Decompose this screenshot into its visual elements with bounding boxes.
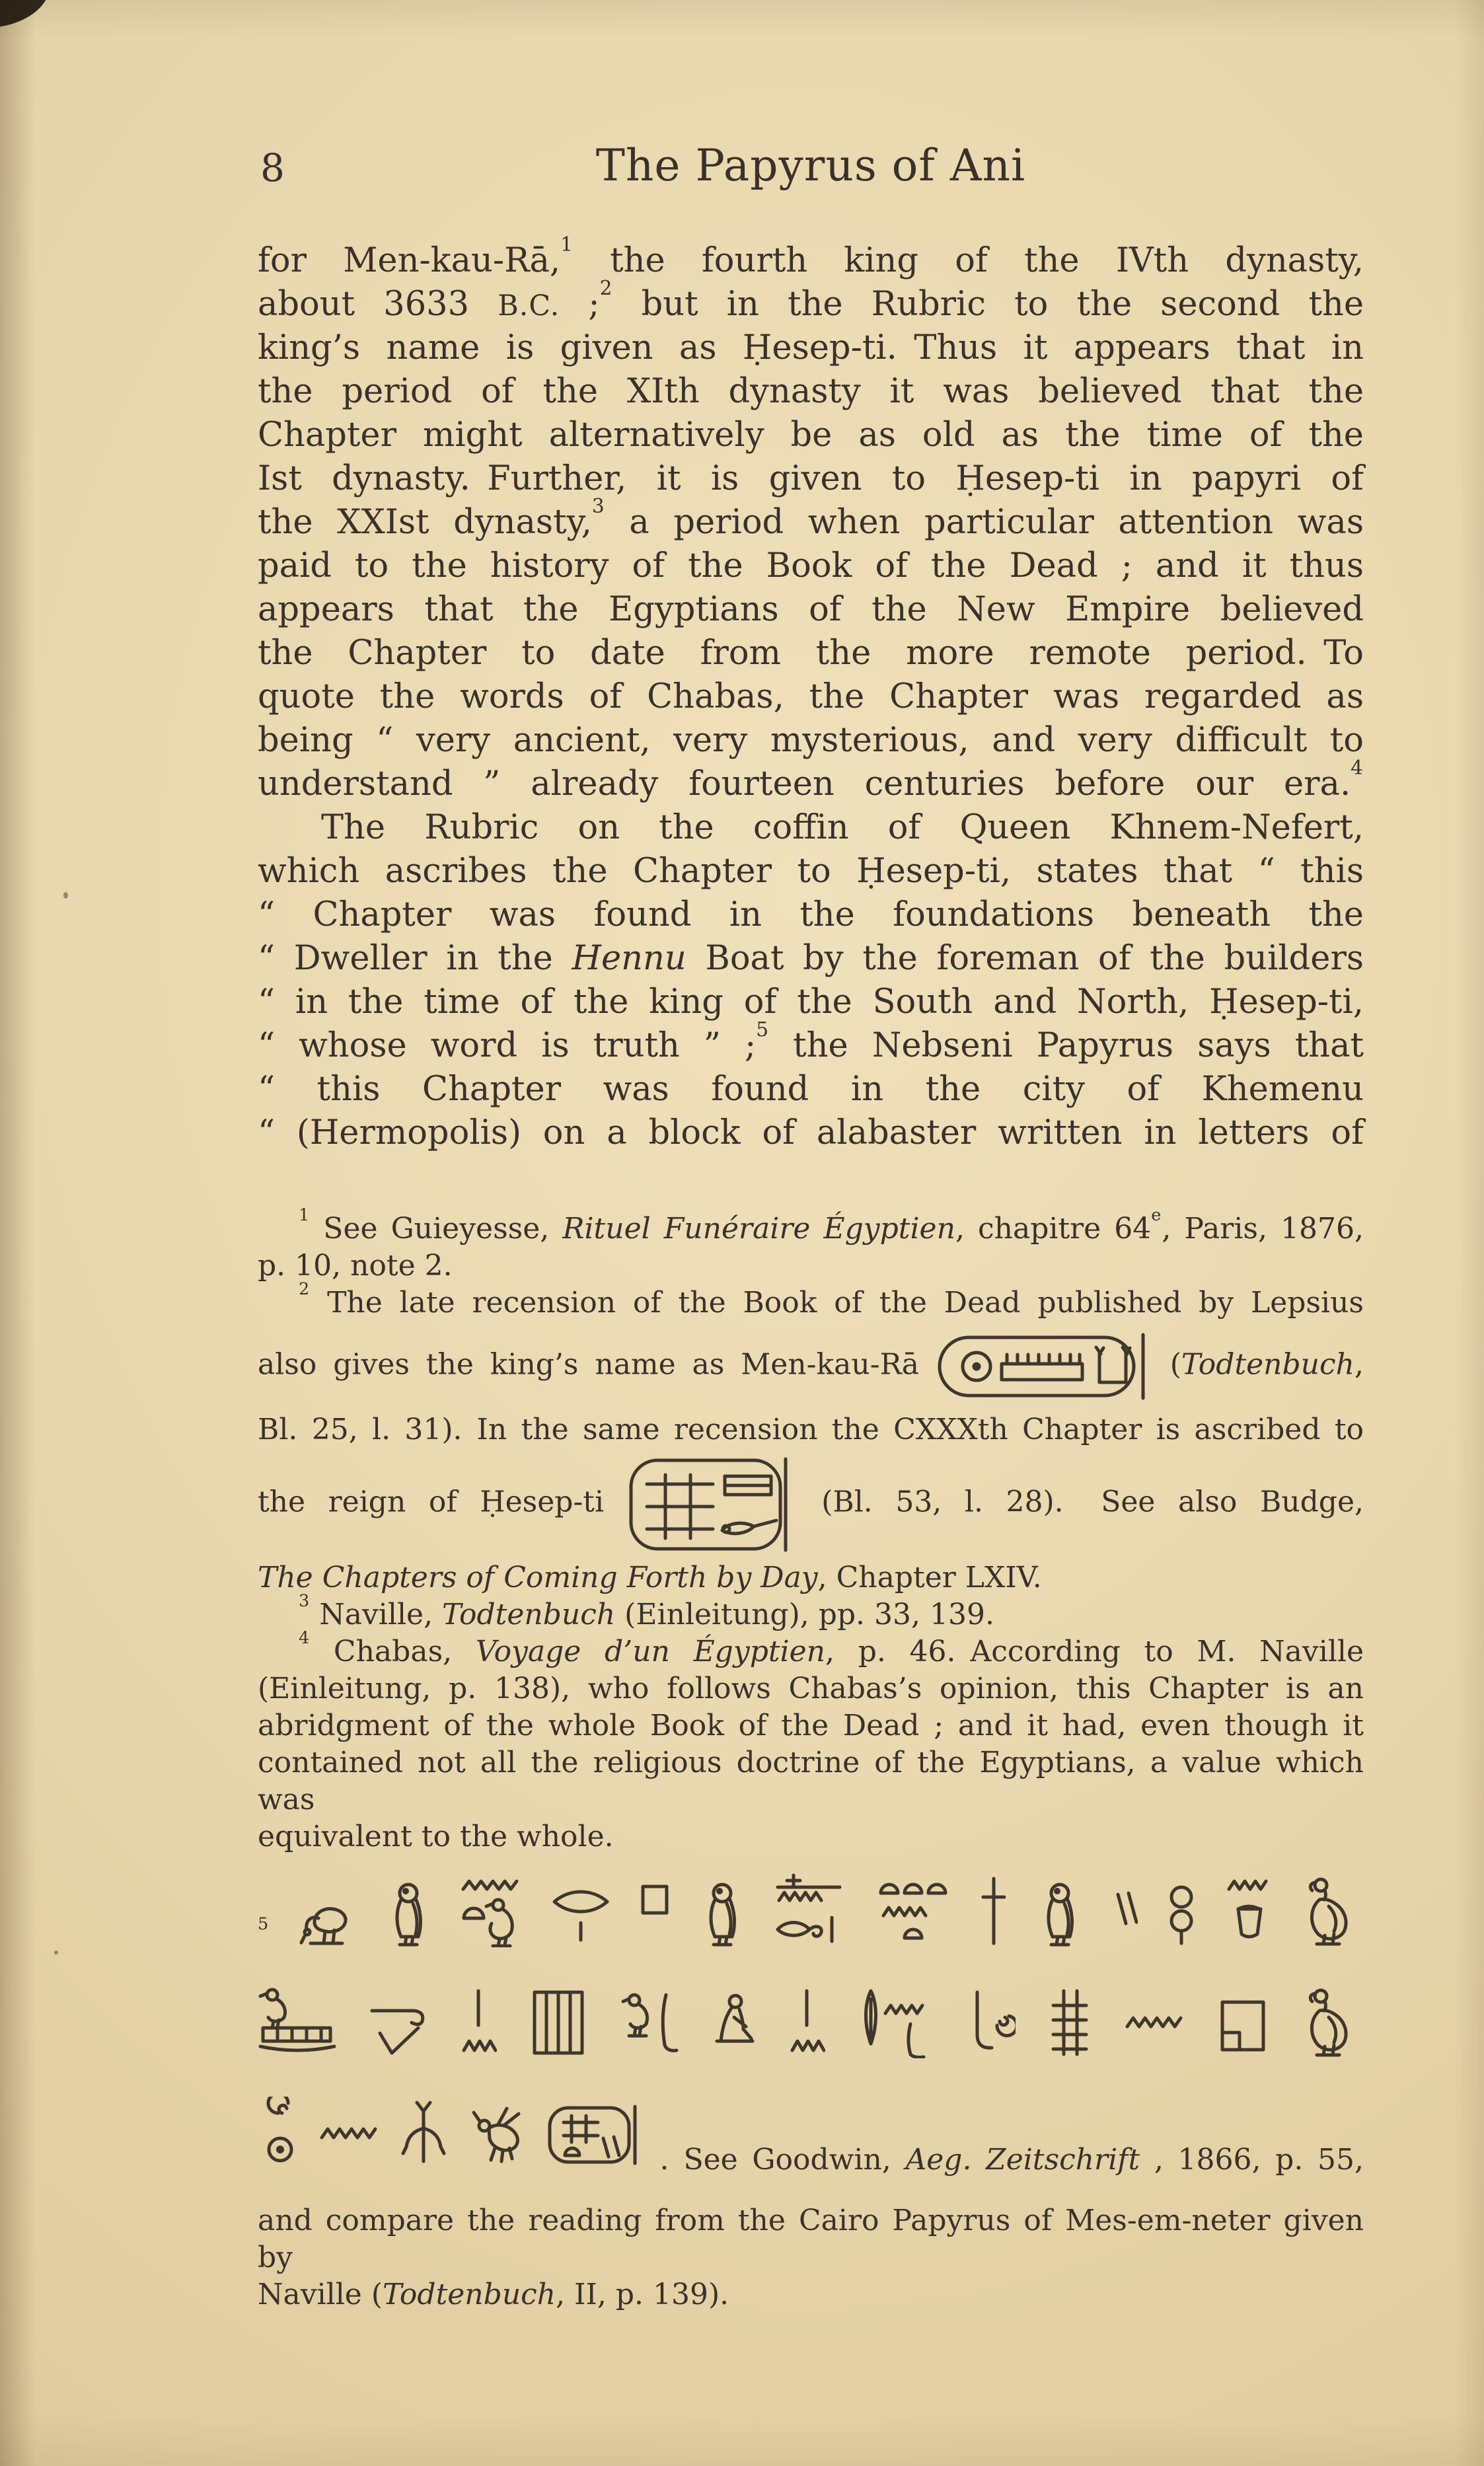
body-line: “ in the time of the king of the South a… [258, 981, 1364, 1024]
text-span: the reign of Ḥesep-ti [258, 1485, 627, 1519]
owl-icon [1037, 1881, 1083, 1947]
loop8-icon [1166, 1881, 1197, 1947]
bee-icon [468, 2098, 532, 2169]
body-text: for Men-kau-Rā,1 the fourth king of the … [258, 239, 1364, 1155]
paper-speck [54, 1951, 58, 1955]
reed-water-leg-icon [856, 1987, 930, 2058]
hieroglyph-row: . See Goodwin, Aeg. Zeitschrift , 1866, … [258, 2097, 1364, 2202]
body-line: the period of the XIth dynasty it was be… [258, 370, 1364, 414]
text-span: also gives the king’s name as Men-kau-Rā [258, 1348, 936, 1382]
square-icon [639, 1883, 671, 1917]
page-content: 8 The Papyrus of Ani for Men-kau-Rā,1 th… [258, 140, 1364, 2313]
footnote-marker: 4 [299, 1628, 309, 1648]
stroke-water-icon [460, 1987, 497, 2058]
text-span: “ (Hermopolis) on a block of alabaster w… [258, 1113, 1364, 1152]
text-span: quote the words of Chabas, the Chapter w… [258, 677, 1364, 716]
footnote-marker: e [1151, 1205, 1161, 1225]
body-line: about 3633 B.C. ;2 but in the Rubric to … [258, 283, 1364, 326]
body-line: which ascribes the Chapter to Ḥesep-ti, … [258, 850, 1364, 893]
hieroglyph-row: 5 [258, 1871, 1364, 1980]
footnote-line: also gives the king’s name as Men-kau-Rā… [258, 1322, 1364, 1411]
footnote-line: 3 Naville, Todtenbuch (Einleitung), pp. … [258, 1596, 1364, 1633]
water-pot-icon [1225, 1876, 1273, 1947]
pole-cross-icon [979, 1875, 1008, 1947]
text-span: , II, p. 139). [556, 2278, 729, 2311]
footnote-3: 3 Naville, Todtenbuch (Einleitung), pp. … [258, 1596, 1364, 1633]
body-line: the XXIst dynasty,3 a period when partic… [258, 501, 1364, 544]
vulture-icon [1301, 1986, 1364, 2058]
text-span: but in the Rubric to the second the [612, 285, 1364, 324]
paragraph-2: The Rubric on the coffin of Queen Khnem-… [258, 806, 1364, 1155]
page-header: 8 The Papyrus of Ani [258, 140, 1364, 192]
water-icon [1124, 2013, 1185, 2031]
ladder-icon [1047, 1987, 1093, 2058]
ibis-icon [297, 1881, 357, 1947]
plant-arms-icon [393, 2098, 454, 2169]
footnote-line: and compare the reading from the Cairo P… [258, 2202, 1364, 2276]
body-line: the Chapter to date from the more remote… [258, 632, 1364, 675]
water-icon [318, 2124, 379, 2142]
text-span: The Chapters of Coming Forth by Day [258, 1561, 818, 1594]
body-line: “ this Chapter was found in the city of … [258, 1068, 1364, 1111]
body-line: Chapter might alternatively be as old as… [258, 414, 1364, 457]
footnote-marker: 3 [592, 495, 605, 517]
body-line: paid to the history of the Book of the D… [258, 544, 1364, 588]
text-span: Hennu [572, 939, 686, 978]
paper-speck [63, 892, 68, 899]
page-corner-shadow [0, 0, 50, 28]
text-span: paid to the history of the Book of the D… [258, 546, 1364, 585]
footnote-line: the reign of Ḥesep-ti (Bl. 53, l. 28). S… [258, 1448, 1364, 1559]
footnotes: 1 See Guieyesse, Rituel Funéraire Égypti… [258, 1211, 1364, 1855]
text-span: Boat by the foreman of the builders [686, 939, 1364, 978]
text-span: the XXIst dynasty, [258, 503, 592, 542]
text-span: , p. 46. According to M. Naville [825, 1635, 1364, 1668]
footnote-line: abridgment of the whole Book of the Dead… [258, 1707, 1364, 1744]
text-span: Chapter might alternatively be as old as… [258, 416, 1364, 455]
text-span: Naville, [310, 1598, 442, 1631]
page-number: 8 [260, 145, 285, 190]
text-span: Aeg. Zeitschrift [905, 2143, 1140, 2177]
text-span: , [1354, 1348, 1364, 1382]
text-span: the Chapter to date from the more remote… [258, 634, 1364, 673]
footnote-line: 4 Chabas, Voyage d’un Égyptien, p. 46. A… [258, 1633, 1364, 1670]
mast-water-fish-icon [774, 1871, 850, 1947]
footnote-marker: 5 [258, 1914, 268, 1934]
text-span: “ Chapter was found in the foundations b… [258, 895, 1364, 934]
footnote-marker: 4 [1351, 757, 1363, 779]
footnote-line: (Einleitung, p. 138), who follows Chabas… [258, 1670, 1364, 1707]
footnote-marker: 2 [600, 277, 612, 299]
text-span: “ in the time of the king of the South a… [258, 983, 1364, 1022]
body-line: being “ very ancient, very mysterious, a… [258, 719, 1364, 763]
text-span: abridgment of the whole Book of the Dead… [258, 1709, 1364, 1742]
footnote-line: contained not all the religious doctrine… [258, 1744, 1364, 1818]
text-span: , Chapter LXIV. [818, 1561, 1042, 1594]
text-span: the fourth king of the IVth dynasty, [574, 241, 1364, 280]
text-span: “ this Chapter was found in the city of … [258, 1070, 1364, 1109]
arm-check-icon [368, 1992, 429, 2058]
text-span: “ whose word is truth ” ; [258, 1026, 756, 1065]
text-span: The Rubric on the coffin of Queen Khnem-… [321, 808, 1364, 847]
book-page: 8 The Papyrus of Ani for Men-kau-Rā,1 th… [0, 0, 1484, 2466]
body-line: “ Dweller in the Hennu Boat by the forem… [258, 937, 1364, 981]
footnote-line: Bl. 25, l. 31). In the same recension th… [258, 1411, 1364, 1448]
text-span: contained not all the religious doctrine… [258, 1746, 1364, 1816]
square-notch-icon [1216, 1996, 1270, 2058]
seated-man-icon [712, 1992, 758, 2058]
bird-leg-icon [620, 1987, 681, 2058]
body-line: “ whose word is truth ” ;5 the Nebseni P… [258, 1024, 1364, 1068]
footnote-marker: 1 [560, 233, 573, 256]
text-span: B.C. [498, 289, 560, 322]
text-span: (Bl. 53, l. 28). See also Budge, [821, 1485, 1364, 1519]
text-span: the period of the XIth dynasty it was be… [258, 372, 1364, 411]
text-span: (Einleitung), pp. 33, 139. [615, 1598, 994, 1631]
text-span: a period when particular attention was [605, 503, 1364, 542]
text-span: “ Dweller in the [258, 939, 572, 978]
cartouche-menkaura-icon [936, 1327, 1154, 1406]
gate-icon [528, 1987, 589, 2058]
footnote-line: Naville (Todtenbuch, II, p. 139). [258, 2276, 1364, 2313]
oval-stroke-icon [551, 1886, 611, 1942]
text-span: which ascribes the Chapter to Ḥesep-ti, … [258, 852, 1364, 891]
owl-icon [699, 1881, 745, 1947]
footnote-2: 2 The late recension of the Book of the … [258, 1285, 1364, 1596]
text-span: appears that the Egyptians of the New Em… [258, 590, 1364, 629]
text-span: , chapitre 64 [955, 1212, 1151, 1246]
coil-disk-icon [258, 2097, 304, 2169]
footnote-4: 4 Chabas, Voyage d’un Égyptien, p. 46. A… [258, 1633, 1364, 1855]
double-slash-icon [1111, 1889, 1138, 1929]
text-span: understand ” already fourteen centuries … [258, 765, 1351, 803]
text-span: king’s name is given as Ḥesep-ti. Thus i… [258, 328, 1364, 367]
owl-icon [385, 1881, 431, 1947]
body-line: for Men-kau-Rā,1 the fourth king of the … [258, 239, 1364, 283]
footnote-line: 2 The late recension of the Book of the … [258, 1285, 1364, 1322]
footnote-line: p. 10, note 2. [258, 1248, 1364, 1285]
vulture-icon [1301, 1875, 1364, 1947]
body-line: appears that the Egyptians of the New Em… [258, 588, 1364, 632]
hook-coil-icon [961, 1987, 1016, 2058]
footnote-line: equivalent to the whole. [258, 1818, 1364, 1855]
body-line: Ist dynasty. Further, it is given to Ḥes… [258, 457, 1364, 501]
footnote-marker: 5 [756, 1018, 768, 1041]
text-span: See Guieyesse, [310, 1212, 562, 1246]
text-span: ( [1170, 1348, 1181, 1382]
text-span: the Nebseni Papyrus says that [769, 1026, 1364, 1065]
footnote-line: The Chapters of Coming Forth by Day, Cha… [258, 1559, 1364, 1596]
cartouche-small-icon [546, 2100, 646, 2169]
footnote-marker: 3 [299, 1591, 309, 1611]
text-span: The late recension of the Book of the De… [310, 1286, 1364, 1320]
footnote-marker: 2 [299, 1279, 309, 1299]
footnote-marker: 1 [299, 1205, 309, 1225]
text-span: Chabas, [310, 1635, 476, 1668]
text-span: about 3633 [258, 285, 498, 324]
text-span: ; [560, 285, 599, 324]
text-span: , Paris, 1876, [1162, 1212, 1364, 1246]
text-span: Todtenbuch [1181, 1348, 1354, 1382]
body-line: understand ” already fourteen centuries … [258, 763, 1364, 806]
cartouche-hesepti-icon [627, 1454, 799, 1554]
body-line: quote the words of Chabas, the Chapter w… [258, 675, 1364, 719]
text-span: for Men-kau-Rā, [258, 241, 560, 280]
paragraph-1: for Men-kau-Rā,1 the fourth king of the … [258, 239, 1364, 806]
text-span: Ist dynasty. Further, it is given to Ḥes… [258, 459, 1364, 498]
text-span: Naville ( [258, 2278, 383, 2311]
text-span: Todtenbuch [383, 2278, 556, 2311]
hieroglyph-row [258, 1986, 1364, 2091]
footnote-1: 1 See Guieyesse, Rituel Funéraire Égypti… [258, 1211, 1364, 1285]
text-span: (Einleitung, p. 138), who follows Chabas… [258, 1672, 1364, 1705]
footnote-line: 1 See Guieyesse, Rituel Funéraire Égypti… [258, 1211, 1364, 1248]
text-span: Todtenbuch [442, 1598, 615, 1631]
text-span: Voyage d’un Égyptien [476, 1635, 825, 1668]
hieroglyph-note: 5 . See Goodwin, Aeg. Zeitschrift , 1866… [258, 1871, 1364, 2313]
text-span: p. 10, note 2. [258, 1249, 453, 1283]
body-line: The Rubric on the coffin of Queen Khnem-… [258, 806, 1364, 850]
sledge-bird-icon [258, 1986, 337, 2058]
text-span: being “ very ancient, very mysterious, a… [258, 721, 1364, 760]
body-line: “ (Hermopolis) on a block of alabaster w… [258, 1111, 1364, 1155]
text-span: Bl. 25, l. 31). In the same recension th… [258, 1413, 1364, 1446]
text-span: Rituel Funéraire Égyptien [562, 1212, 955, 1246]
body-line: “ Chapter was found in the foundations b… [258, 893, 1364, 937]
page-title: The Papyrus of Ani [258, 140, 1364, 191]
text-span: and compare the reading from the Cairo P… [258, 2204, 1364, 2274]
water-loaf-chick-icon [460, 1877, 523, 1947]
stroke-water-icon [788, 1987, 825, 2058]
loaves-water-icon [878, 1875, 951, 1945]
text-span: , 1866, p. 55, [1154, 2143, 1364, 2177]
text-span: equivalent to the whole. [258, 1820, 614, 1853]
text-span: . See Goodwin, [660, 2143, 906, 2177]
body-line: king’s name is given as Ḥesep-ti. Thus i… [258, 326, 1364, 370]
